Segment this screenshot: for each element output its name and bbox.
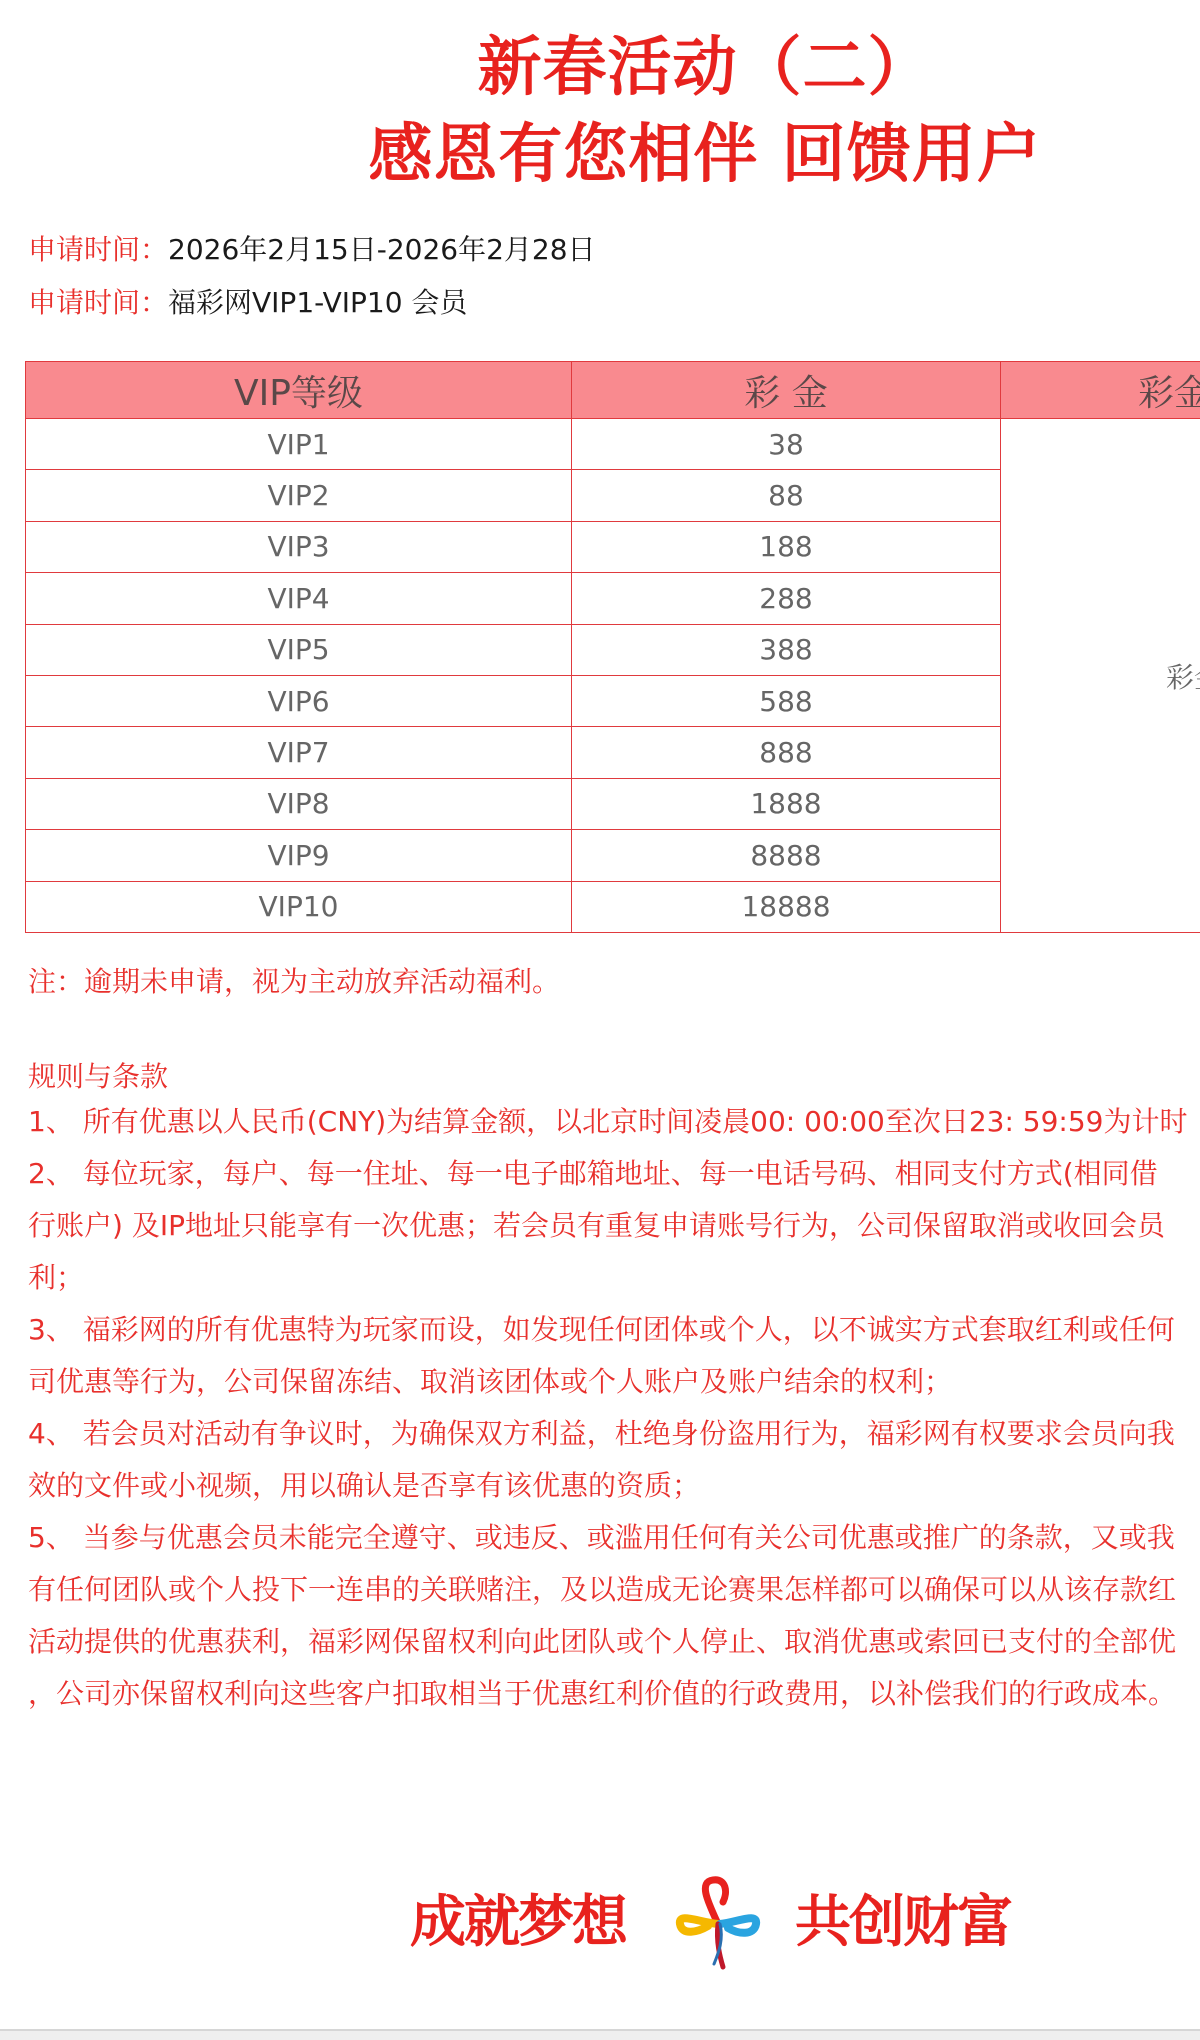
rule-line: 1、 所有优惠以人民币(CNY)为结算金额，以北京时间凌晨00: 00:00至次… [28,1096,1200,1148]
bottom-bar [0,2029,1200,2040]
ribbon-logo-icon [668,1872,768,1972]
table-row: VIP1 38 彩金 [26,419,1200,470]
cell-merged: 彩金 [1001,419,1200,933]
cell-bonus: 388 [572,624,1001,675]
rule-line: 3、 福彩网的所有优惠特为玩家而设，如发现任何团体或个人，以不诚实方式套取红利或… [28,1304,1200,1356]
info-value: 2026年2月15日-2026年2月28日 [168,233,596,266]
slogan-right: 共创财富 [795,1885,1011,1961]
rule-line: 活动提供的优惠获利，福彩网保留权利向此团队或个人停止、取消优惠或索回已支付的全部… [28,1616,1200,1668]
cell-level: VIP10 [26,881,572,932]
rules-list: 1、 所有优惠以人民币(CNY)为结算金额，以北京时间凌晨00: 00:00至次… [28,1096,1200,1720]
header-bonus-extra: 彩金 [1001,362,1200,419]
slogan-left: 成就梦想 [410,1885,626,1961]
cell-bonus: 288 [572,573,1001,624]
vip-bonus-table: VIP等级 彩 金 彩金 VIP1 38 彩金 VIP288 VIP3188 V… [25,361,1200,933]
rule-line: 有任何团队或个人投下一连串的关联赌注，及以造成无论赛果怎样都可以确保可以从该存款… [28,1564,1200,1616]
rule-line: 效的文件或小视频，用以确认是否享有该优惠的资质； [28,1460,1200,1512]
header-bonus: 彩 金 [572,362,1001,419]
info-label: 申请时间： [28,233,168,266]
rule-line: 利； [28,1252,1200,1304]
table-header-row: VIP等级 彩 金 彩金 [26,362,1200,419]
rule-line: 2、 每位玩家，每户、每一住址、每一电子邮箱地址、每一电话号码、相同支付方式(相… [28,1148,1200,1200]
cell-bonus: 188 [572,521,1001,572]
cell-level: VIP8 [26,778,572,829]
header-vip-level: VIP等级 [26,362,572,419]
cell-level: VIP4 [26,573,572,624]
info-eligibility: 申请时间：福彩网VIP1-VIP10 会员 [28,285,467,321]
cell-level: VIP7 [26,727,572,778]
cell-level: VIP6 [26,675,572,726]
info-value: 福彩网VIP1-VIP10 会员 [168,286,467,319]
cell-bonus: 88 [572,470,1001,521]
info-apply-time: 申请时间：2026年2月15日-2026年2月28日 [28,232,596,268]
cell-bonus: 8888 [572,830,1001,881]
cell-bonus: 1888 [572,778,1001,829]
rule-line: 5、 当参与优惠会员未能完全遵守、或违反、或滥用任何有关公司优惠或推广的条款，又… [28,1512,1200,1564]
rule-line: ，公司亦保留权利向这些客户扣取相当于优惠红利价值的行政费用，以补偿我们的行政成本… [28,1668,1200,1720]
rule-line: 行账户) 及IP地址只能享有一次优惠；若会员有重复申请账号行为，公司保留取消或收… [28,1200,1200,1252]
cell-level: VIP2 [26,470,572,521]
rules-title: 规则与条款 [28,1057,168,1097]
cell-level: VIP5 [26,624,572,675]
cell-level: VIP3 [26,521,572,572]
cell-bonus: 588 [572,675,1001,726]
expiry-note: 注：逾期未申请，视为主动放弃活动福利。 [28,962,560,1002]
rule-line: 4、 若会员对活动有争议时，为确保双方利益，杜绝身份盗用行为，福彩网有权要求会员… [28,1408,1200,1460]
page-title-line2: 感恩有您相伴 回馈用户 [0,117,1200,193]
cell-level: VIP9 [26,830,572,881]
rule-line: 司优惠等行为，公司保留冻结、取消该团体或个人账户及账户结余的权利； [28,1356,1200,1408]
page-title-line1: 新春活动（二） [0,30,1200,106]
cell-bonus: 38 [572,419,1001,470]
info-label: 申请时间： [28,286,168,319]
cell-level: VIP1 [26,419,572,470]
cell-bonus: 18888 [572,881,1001,932]
cell-bonus: 888 [572,727,1001,778]
